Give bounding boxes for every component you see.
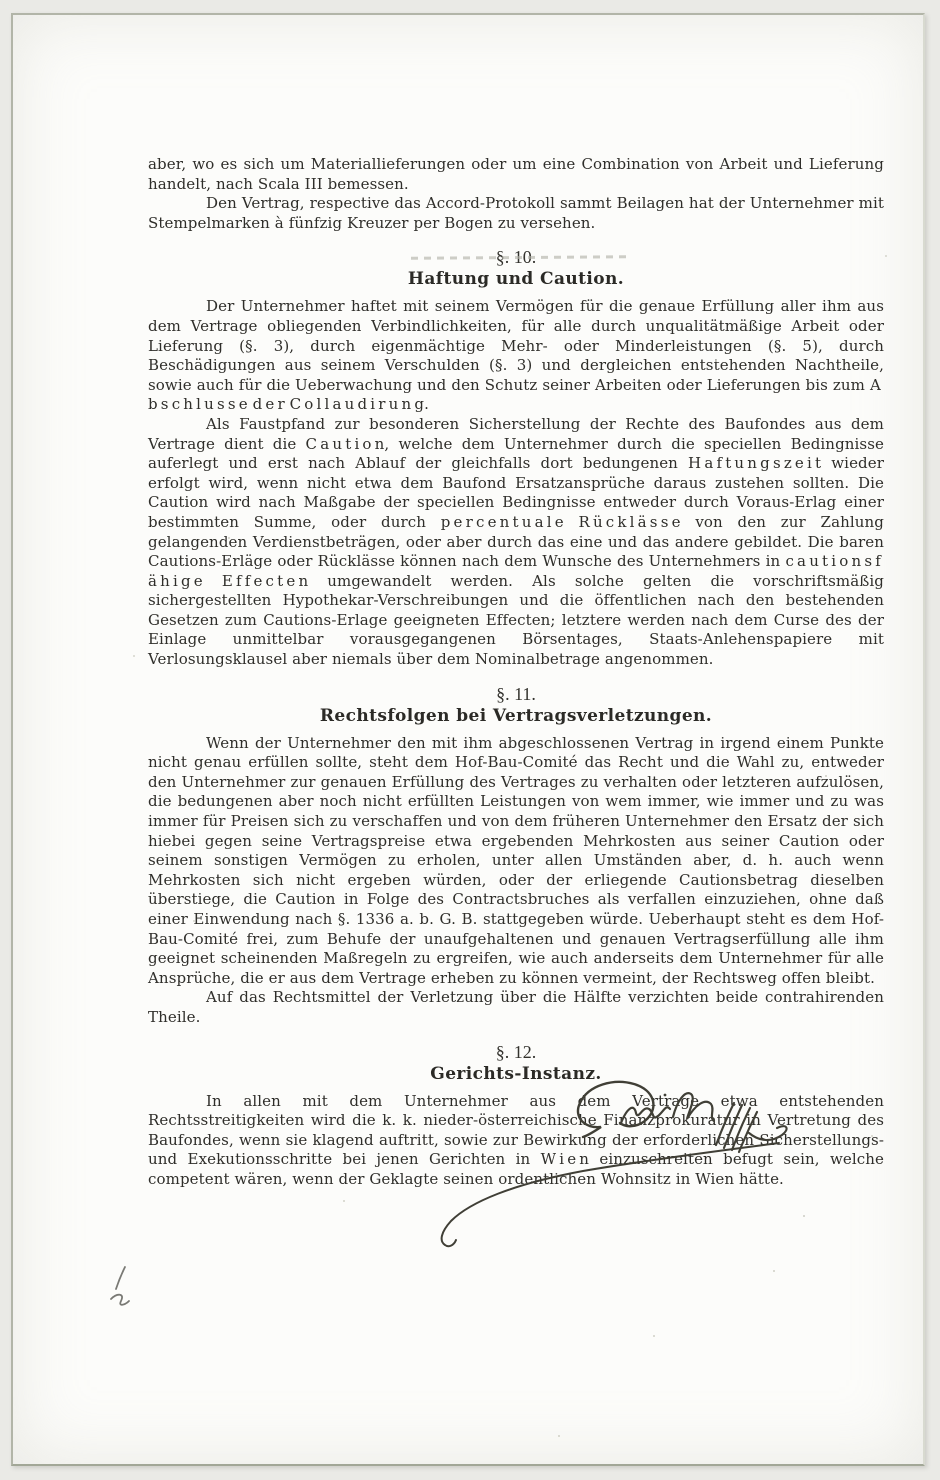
section-12-number: §. 12. [148, 1041, 884, 1063]
section-11-title: Rechtsfolgen bei Vertragsverletzungen. [148, 706, 884, 727]
paper-specks [13, 15, 15, 17]
handwritten-signature-icon [415, 1071, 835, 1256]
section-10-paragraph-2: Als Faustpfand zur besonderen Sicherstel… [148, 415, 884, 670]
section-11-paragraph-2: Auf das Rechtsmittel der Verletzung über… [148, 988, 884, 1027]
document-page: aber, wo es sich um Materiallieferungen … [11, 13, 925, 1466]
section-11: §. 11. Rechtsfolgen bei Vertragsverletzu… [148, 683, 884, 1028]
section-11-number: §. 11. [148, 683, 884, 705]
section-10-paragraph-1: Der Unternehmer haftet mit seinem Vermög… [148, 297, 884, 415]
pencil-mark-icon [99, 1261, 145, 1325]
paragraph-continuation: aber, wo es sich um Materiallieferungen … [148, 155, 884, 194]
section-10-title: Haftung und Caution. [148, 269, 884, 290]
section-10: §. 10. Haftung und Caution. Der Unterneh… [148, 246, 884, 669]
paragraph-stamp-duty: Den Vertrag, respective das Accord-Proto… [148, 194, 884, 233]
section-11-paragraph-1: Wenn der Unternehmer den mit ihm abgesch… [148, 734, 884, 989]
text-column: aber, wo es sich um Materiallieferungen … [148, 155, 884, 1190]
